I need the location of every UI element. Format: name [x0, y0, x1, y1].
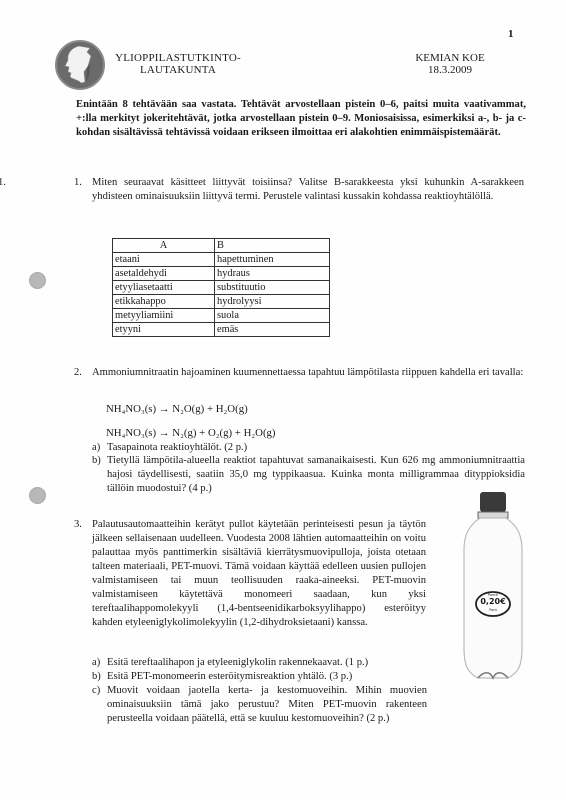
cell-b: suola — [215, 309, 330, 323]
punch-hole — [29, 272, 46, 289]
part-label: a) — [92, 656, 100, 670]
column-header-b: B — [215, 239, 330, 253]
question-2-text: Ammoniumnitraatin hajoaminen kuumennetta… — [92, 366, 524, 380]
part-text: Tasapainota reaktioyhtälöt. (2 p.) — [107, 441, 507, 455]
exam-title: KEMIAN KOE — [400, 52, 500, 64]
cell-a: etyyni — [113, 323, 215, 337]
table-row: etikkahappo hydrolyysi — [113, 295, 330, 309]
column-header-a: A — [113, 239, 215, 253]
cell-a: etikkahappo — [113, 295, 215, 309]
cell-a: etyyliasetaatti — [113, 281, 215, 295]
punch-hole — [29, 487, 46, 504]
deposit-label-bottom: Pant — [476, 608, 510, 612]
question-number: 1. — [0, 176, 6, 190]
table-row: asetaldehydi hydraus — [113, 267, 330, 281]
cell-a: metyyliamiini — [113, 309, 215, 323]
part-label: c) — [92, 684, 100, 698]
question-1-number: 1. — [74, 176, 82, 190]
pet-bottle-icon: Pantti 0,20€ Pant — [458, 488, 528, 693]
cell-b: emäs — [215, 323, 330, 337]
part-label: a) — [92, 441, 100, 455]
table-row: etyyliasetaatti substituutio — [113, 281, 330, 295]
part-text: Muovit voidaan jaotella kerta- ja kestom… — [107, 684, 427, 726]
matching-table: A B etaani hapettuminen asetaldehydi hyd… — [112, 238, 330, 337]
instructions: Enintään 8 tehtävään saa vastata. Tehtäv… — [76, 98, 526, 140]
cell-a: asetaldehydi — [113, 267, 215, 281]
table-row: metyyliamiini suola — [113, 309, 330, 323]
question-3-text: Palautusautomaatteihin kerätyt pullot kä… — [92, 518, 426, 630]
question-2-number: 2. — [74, 366, 82, 380]
table-header-row: A B — [113, 239, 330, 253]
cell-b: substituutio — [215, 281, 330, 295]
page-number: 1 — [508, 28, 514, 40]
question-1-text: Miten seuraavat käsitteet liittyvät tois… — [92, 176, 524, 204]
reaction-equation-2: NH₄NO₃(s) → N₂(g) + O₂(g) + H₂O(g) — [106, 427, 276, 439]
table-row: etyyni emäs — [113, 323, 330, 337]
exam-date: 18.3.2009 — [400, 64, 500, 76]
deposit-value: 0,20€ — [476, 597, 510, 607]
part-text: Esitä PET-monomeerin esteröitymisreaktio… — [107, 670, 437, 684]
cell-b: hapettuminen — [215, 253, 330, 267]
organization-name: YLIOPPILASTUTKINTO- LAUTAKUNTA — [112, 52, 244, 76]
exam-header: KEMIAN KOE 18.3.2009 — [400, 52, 500, 76]
table-row: etaani hapettuminen — [113, 253, 330, 267]
part-label: b) — [92, 454, 101, 468]
cell-b: hydraus — [215, 267, 330, 281]
part-text: Esitä tereftaalihapon ja etyleeniglykoli… — [107, 656, 437, 670]
cell-b: hydrolyysi — [215, 295, 330, 309]
reaction-equation-1: NH₄NO₃(s) → N₂O(g) + H₂O(g) — [106, 403, 248, 415]
part-label: b) — [92, 670, 101, 684]
question-3-number: 3. — [74, 518, 82, 532]
cell-a: etaani — [113, 253, 215, 267]
board-logo-head-icon — [55, 40, 105, 90]
